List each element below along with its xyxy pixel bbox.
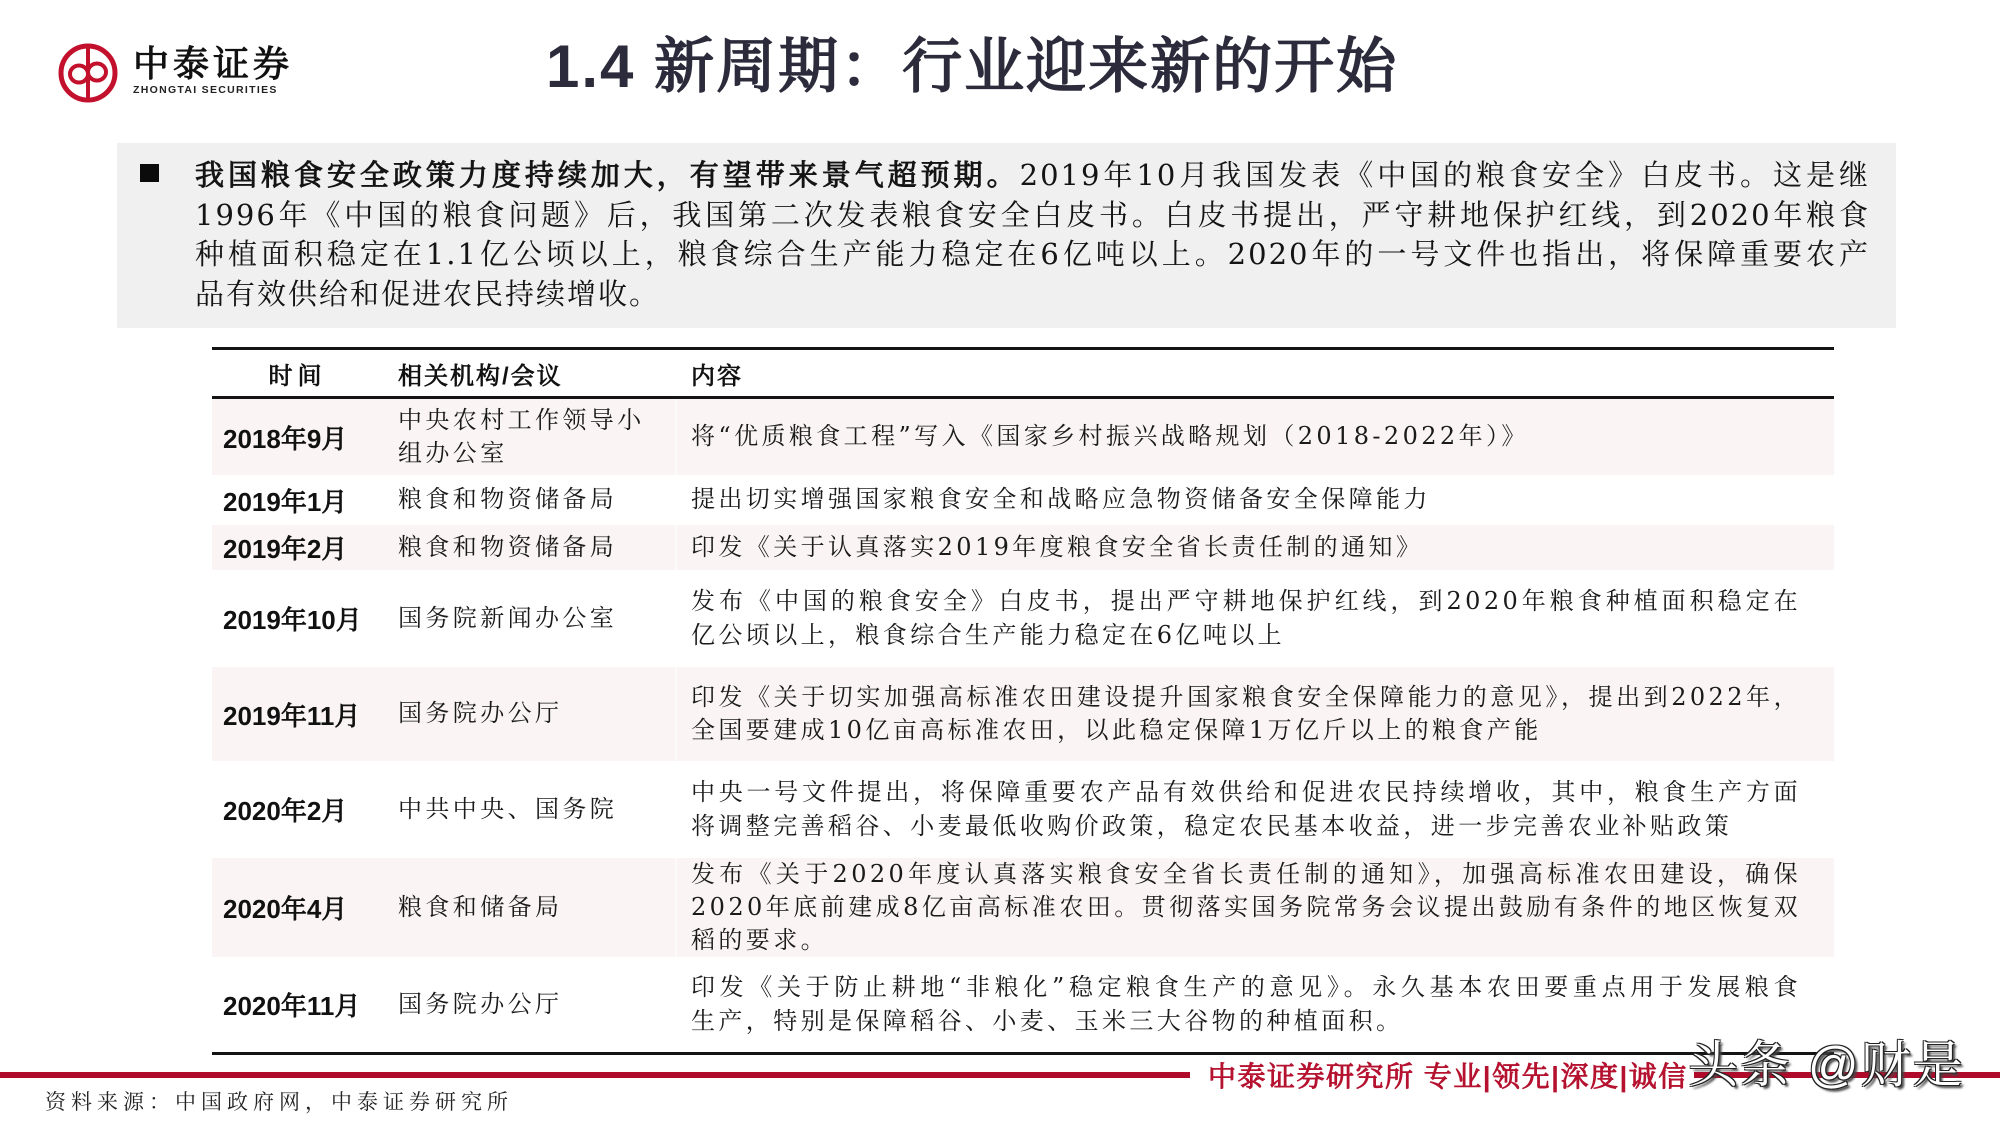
row-org-line: 国务院办公厅: [398, 988, 675, 1022]
row-org: 国务院办公厅: [383, 957, 675, 1052]
square-bullet-icon: [140, 164, 159, 182]
brand-name-en: ZHONGTAI SECURITIES: [133, 84, 278, 96]
row-org-line: 中共中央、国务院: [398, 793, 675, 827]
row-content-line: 全国要建成10亿亩高标准农田，以此稳定保障1万亿斤以上的粮食产能: [691, 714, 1834, 748]
page-title: 1.4 新周期：行业迎来新的开始: [546, 30, 1398, 104]
table-header: 时间 相关机构/会议 内容: [212, 350, 1834, 399]
summary-paragraph: 我国粮食安全政策力度持续加大，有望带来景气超预期。2019年10月我国发表《中国…: [195, 156, 1870, 314]
column-header-org: 相关机构/会议: [383, 356, 675, 391]
row-content: 发布《关于2020年度认真落实粮食安全省长责任制的通知》，加强高标准农田建设，确…: [675, 858, 1834, 957]
summary-line-text: 2019年10月我国发表《中国的粮食安全》白皮书。这是继: [1020, 158, 1870, 192]
table-row: 2019年2月 粮食和物资储备局 印发《关于认真落实2019年度粮食安全省长责任…: [212, 525, 1834, 570]
row-content-line: 亿公顷以上，粮食综合生产能力稳定在6亿吨以上: [691, 619, 1834, 653]
column-header-time: 时间: [212, 356, 383, 391]
row-content-line: 发布《关于2020年度认真落实粮食安全省长责任制的通知》，加强高标准农田建设，确…: [691, 858, 1801, 891]
column-header-content: 内容: [675, 356, 1834, 391]
summary-line: 品有效供给和促进农民持续增收。: [195, 275, 1870, 315]
row-org-line: 中央农村工作领导小: [398, 404, 675, 438]
row-org: 粮食和储备局: [383, 858, 675, 957]
row-org: 粮食和物资储备局: [383, 525, 675, 570]
row-org: 国务院新闻办公室: [383, 570, 675, 667]
row-date: 2019年1月: [212, 475, 383, 525]
row-content-line: 2020年底前建成8亿亩高标准农田。贯彻落实国务院常务会议提出鼓励有条件的地区恢…: [691, 891, 1801, 924]
row-date: 2019年10月: [212, 570, 383, 667]
row-org: 中共中央、国务院: [383, 761, 675, 858]
row-content-line: 将调整完善稻谷、小麦最低收购价政策，稳定农民基本收益，进一步完善农业补贴政策: [691, 810, 1834, 844]
row-content: 印发《关于切实加强高标准农田建设提升国家粮食安全保障能力的意见》，提出到2022…: [675, 667, 1834, 761]
summary-line: 1996年《中国的粮食问题》后，我国第二次发表粮食安全白皮书。白皮书提出，严守耕…: [195, 196, 1870, 236]
row-content-line: 将“优质粮食工程”写入《国家乡村振兴战略规划（2018-2022年）》: [691, 420, 1834, 454]
policy-table: 时间 相关机构/会议 内容 2018年9月 中央农村工作领导小 组办公室 将“优…: [212, 347, 1834, 1055]
footer-slogan: 中泰证券研究所 专业|领先|深度|诚信: [1190, 1058, 1694, 1096]
watermark: 头条 @财是: [1688, 1035, 1965, 1095]
row-org-line: 粮食和储备局: [398, 891, 675, 925]
source-note: 资料来源：中国政府网，中泰证券研究所: [45, 1088, 513, 1116]
summary-line: 种植面积稳定在1.1亿公顷以上，粮食综合生产能力稳定在6亿吨以上。2020年的一…: [195, 235, 1870, 275]
row-org-line: 粮食和物资储备局: [398, 483, 675, 517]
row-org: 中央农村工作领导小 组办公室: [383, 399, 675, 475]
row-org-line: 组办公室: [398, 437, 675, 471]
row-content-line: 中央一号文件提出，将保障重要农产品有效供给和促进农民持续增收，其中，粮食生产方面: [691, 776, 1801, 810]
row-content-line: 稻的要求。: [691, 924, 1834, 958]
row-content: 提出切实增强国家粮食安全和战略应急物资储备安全保障能力: [675, 475, 1834, 525]
table-row: 2019年11月 国务院办公厅 印发《关于切实加强高标准农田建设提升国家粮食安全…: [212, 667, 1834, 761]
row-content-line: 生产，特别是保障稻谷、小麦、玉米三大谷物的种植面积。: [691, 1005, 1834, 1039]
table-row: 2020年2月 中共中央、国务院 中央一号文件提出，将保障重要农产品有效供给和促…: [212, 761, 1834, 858]
row-content: 将“优质粮食工程”写入《国家乡村振兴战略规划（2018-2022年）》: [675, 399, 1834, 475]
zhongtai-logo-icon: [57, 42, 119, 104]
row-content-line: 发布《中国的粮食安全》白皮书，提出严守耕地保护红线，到2020年粮食种植面积稳定…: [691, 585, 1801, 619]
row-org: 粮食和物资储备局: [383, 475, 675, 525]
row-date: 2019年2月: [212, 525, 383, 570]
row-content-line: 印发《关于切实加强高标准农田建设提升国家粮食安全保障能力的意见》，提出到2022…: [691, 681, 1801, 715]
table-row: 2020年4月 粮食和储备局 发布《关于2020年度认真落实粮食安全省长责任制的…: [212, 858, 1834, 957]
row-content-line: 提出切实增强国家粮食安全和战略应急物资储备安全保障能力: [691, 483, 1834, 517]
row-org-line: 国务院新闻办公室: [398, 602, 675, 636]
table-row: 2020年11月 国务院办公厅 印发《关于防止耕地“非粮化”稳定粮食生产的意见》…: [212, 957, 1834, 1052]
row-org-line: 国务院办公厅: [398, 697, 675, 731]
row-org: 国务院办公厅: [383, 667, 675, 761]
brand-name-cn: 中泰证券: [133, 44, 293, 84]
row-content: 中央一号文件提出，将保障重要农产品有效供给和促进农民持续增收，其中，粮食生产方面…: [675, 761, 1834, 858]
table-row: 2019年10月 国务院新闻办公室 发布《中国的粮食安全》白皮书，提出严守耕地保…: [212, 570, 1834, 667]
row-content: 印发《关于认真落实2019年度粮食安全省长责任制的通知》: [675, 525, 1834, 570]
summary-lead: 我国粮食安全政策力度持续加大，有望带来景气超预期。: [195, 158, 1020, 192]
row-content: 印发《关于防止耕地“非粮化”稳定粮食生产的意见》。永久基本农田要重点用于发展粮食…: [675, 957, 1834, 1052]
row-content-line: 印发《关于防止耕地“非粮化”稳定粮食生产的意见》。永久基本农田要重点用于发展粮食: [691, 971, 1801, 1005]
table-row: 2018年9月 中央农村工作领导小 组办公室 将“优质粮食工程”写入《国家乡村振…: [212, 399, 1834, 475]
row-date: 2020年11月: [212, 957, 383, 1052]
row-date: 2018年9月: [212, 399, 383, 475]
row-content-line: 印发《关于认真落实2019年度粮食安全省长责任制的通知》: [691, 531, 1834, 565]
row-org-line: 粮食和物资储备局: [398, 531, 675, 565]
row-date: 2019年11月: [212, 667, 383, 761]
row-date: 2020年4月: [212, 858, 383, 957]
table-row: 2019年1月 粮食和物资储备局 提出切实增强国家粮食安全和战略应急物资储备安全…: [212, 475, 1834, 525]
row-date: 2020年2月: [212, 761, 383, 858]
summary-line: 我国粮食安全政策力度持续加大，有望带来景气超预期。2019年10月我国发表《中国…: [195, 156, 1870, 196]
row-content: 发布《中国的粮食安全》白皮书，提出严守耕地保护红线，到2020年粮食种植面积稳定…: [675, 570, 1834, 667]
